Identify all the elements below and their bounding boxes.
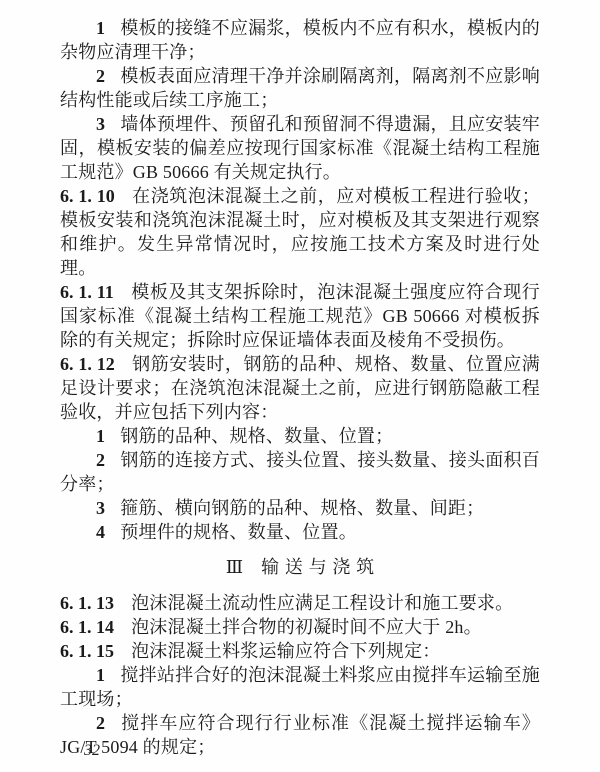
list-item: 2钢筋的连接方式、接头位置、接头数量、接头面积百分率； xyxy=(60,448,540,496)
list-item: 2模板表面应清理干净并涂刷隔离剂，隔离剂不应影响结构性能或后续工序施工； xyxy=(60,64,540,112)
list-item-number: 2 xyxy=(96,450,105,470)
clause-text: 泡沫混凝土料浆运输应符合下列规定： xyxy=(131,641,440,661)
clause-text: 模板及其支架拆除时，泡沫混凝土强度应符合现行国家标准《混凝土结构工程施工规范》G… xyxy=(60,282,540,350)
clause-number: 6. 1. 12 xyxy=(60,354,115,374)
clause-text: 在浇筑泡沫混凝土之前，应对模板工程进行验收；模板安装和浇筑泡沫混凝土时，应对模板… xyxy=(60,186,540,278)
list-item-number: 1 xyxy=(96,665,105,685)
list-item-number: 1 xyxy=(96,426,105,446)
list-item-text: 钢筋的品种、规格、数量、位置； xyxy=(120,426,393,446)
clause-text: 钢筋安装时，钢筋的品种、规格、数量、位置应满足设计要求；在浇筑泡沫混凝土之前，应… xyxy=(60,354,540,422)
section-heading: Ⅲ输送与浇筑 xyxy=(60,555,540,579)
list-item-number: 2 xyxy=(96,66,105,86)
list-item-text: 钢筋的连接方式、接头位置、接头数量、接头面积百分率； xyxy=(60,450,540,494)
list-item: 1钢筋的品种、规格、数量、位置； xyxy=(60,424,540,448)
clause-text: 泡沫混凝土拌合物的初凝时间不应大于 2h。 xyxy=(131,617,482,637)
clause-paragraph: 6. 1. 12钢筋安装时，钢筋的品种、规格、数量、位置应满足设计要求；在浇筑泡… xyxy=(60,352,540,424)
clause-paragraph: 6. 1. 11模板及其支架拆除时，泡沫混凝土强度应符合现行国家标准《混凝土结构… xyxy=(60,280,540,352)
list-item-number: 2 xyxy=(96,713,105,733)
list-item-text: 墙体预埋件、预留孔和预留洞不得遗漏，且应安装牢固，模板安装的偏差应按现行国家标准… xyxy=(60,114,540,182)
clause-number: 6. 1. 10 xyxy=(60,186,115,206)
clause-paragraph: 6. 1. 10在浇筑泡沫混凝土之前，应对模板工程进行验收；模板安装和浇筑泡沫混… xyxy=(60,184,540,280)
document-page: 1模板的接缝不应漏浆，模板内不应有积水，模板内的杂物应清理干净； 2模板表面应清… xyxy=(0,0,600,772)
list-item-number: 1 xyxy=(96,18,105,38)
clause-paragraph: 6. 1. 13泡沫混凝土流动性应满足工程设计和施工要求。 xyxy=(60,591,540,615)
clause-number: 6. 1. 15 xyxy=(60,641,114,661)
list-item: 3墙体预埋件、预留孔和预留洞不得遗漏，且应安装牢固，模板安装的偏差应按现行国家标… xyxy=(60,112,540,184)
list-item: 2搅拌车应符合现行行业标准《混凝土搅拌运输车》JG/T 5094 的规定； xyxy=(60,711,540,759)
list-item: 4预埋件的规格、数量、位置。 xyxy=(60,520,540,544)
list-item-number: 3 xyxy=(96,498,105,518)
section-numeral: Ⅲ xyxy=(226,557,243,577)
list-item-text: 箍筋、横向钢筋的品种、规格、数量、间距； xyxy=(120,498,484,518)
list-item: 3箍筋、横向钢筋的品种、规格、数量、间距； xyxy=(60,496,540,520)
list-item-number: 3 xyxy=(96,114,105,134)
list-item-text: 模板表面应清理干净并涂刷隔离剂，隔离剂不应影响结构性能或后续工序施工； xyxy=(60,66,540,110)
clause-number: 6. 1. 14 xyxy=(60,617,114,637)
clause-paragraph: 6. 1. 15泡沫混凝土料浆运输应符合下列规定： xyxy=(60,639,540,663)
page-number: 32 xyxy=(84,742,100,760)
list-item: 1搅拌站拌合好的泡沫混凝土料浆应由搅拌车运输至施工现场； xyxy=(60,663,540,711)
list-item-text: 搅拌站拌合好的泡沫混凝土料浆应由搅拌车运输至施工现场； xyxy=(60,665,540,709)
list-item-text: 搅拌车应符合现行行业标准《混凝土搅拌运输车》JG/T 5094 的规定； xyxy=(60,713,540,757)
section-title: 输送与浇筑 xyxy=(261,557,380,577)
clause-paragraph: 6. 1. 14泡沫混凝土拌合物的初凝时间不应大于 2h。 xyxy=(60,615,540,639)
clause-text: 泡沫混凝土流动性应满足工程设计和施工要求。 xyxy=(131,593,513,613)
clause-number: 6. 1. 13 xyxy=(60,593,114,613)
list-item-number: 4 xyxy=(96,522,105,542)
list-item-text: 模板的接缝不应漏浆，模板内不应有积水，模板内的杂物应清理干净； xyxy=(60,18,540,62)
list-item: 1模板的接缝不应漏浆，模板内不应有积水，模板内的杂物应清理干净； xyxy=(60,16,540,64)
list-item-text: 预埋件的规格、数量、位置。 xyxy=(120,522,357,542)
clause-number: 6. 1. 11 xyxy=(60,282,114,302)
